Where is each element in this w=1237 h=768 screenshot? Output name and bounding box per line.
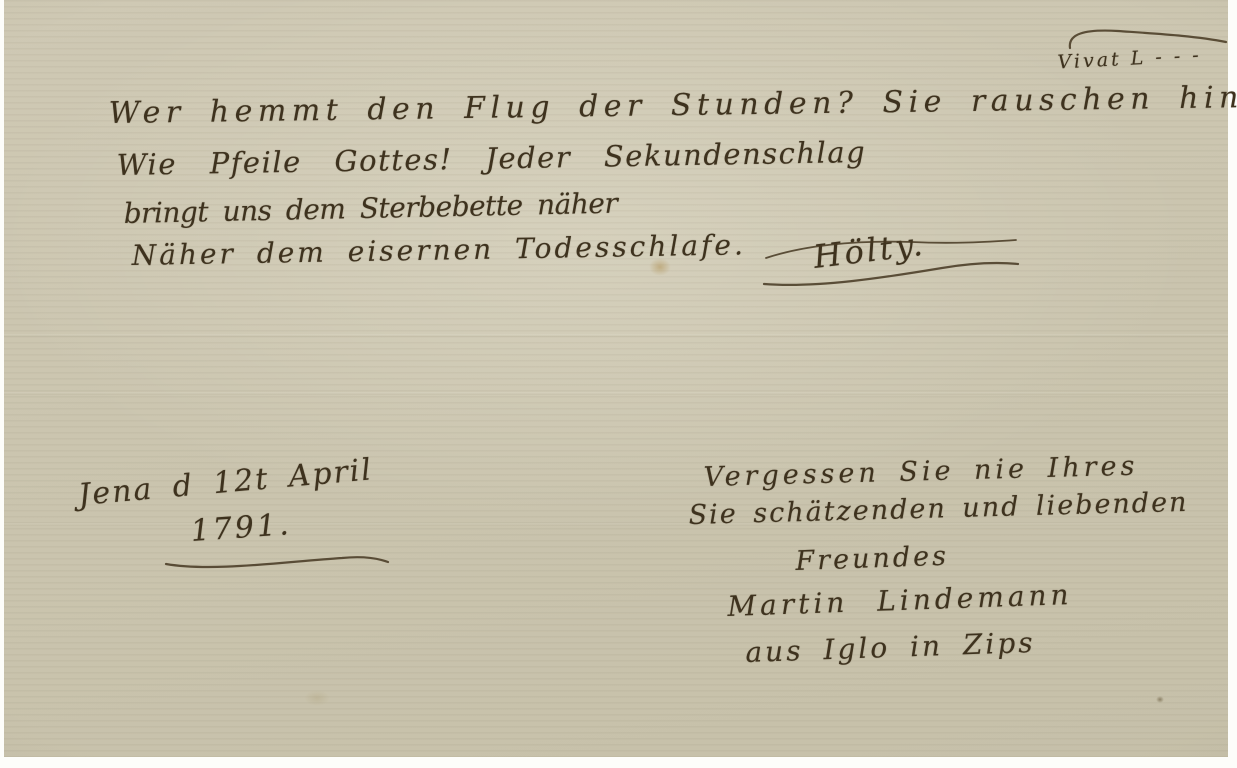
paper-crease: [4, 334, 1228, 337]
fox-spot: [304, 690, 330, 706]
attribution-underline-flourish: [762, 238, 1022, 290]
dateline-year: 1791.: [190, 507, 293, 549]
manuscript-scan: Vivat L - - - Wer hemmt den Flug der Stu…: [0, 0, 1237, 768]
paper-crease: [4, 523, 1228, 526]
year-underline-flourish: [162, 548, 392, 574]
signature-line: Freundes: [795, 541, 950, 577]
paper-background: Vivat L - - - Wer hemmt den Flug der Stu…: [4, 0, 1228, 757]
paper-crease: [4, 392, 1228, 395]
fox-spot: [1156, 696, 1164, 703]
